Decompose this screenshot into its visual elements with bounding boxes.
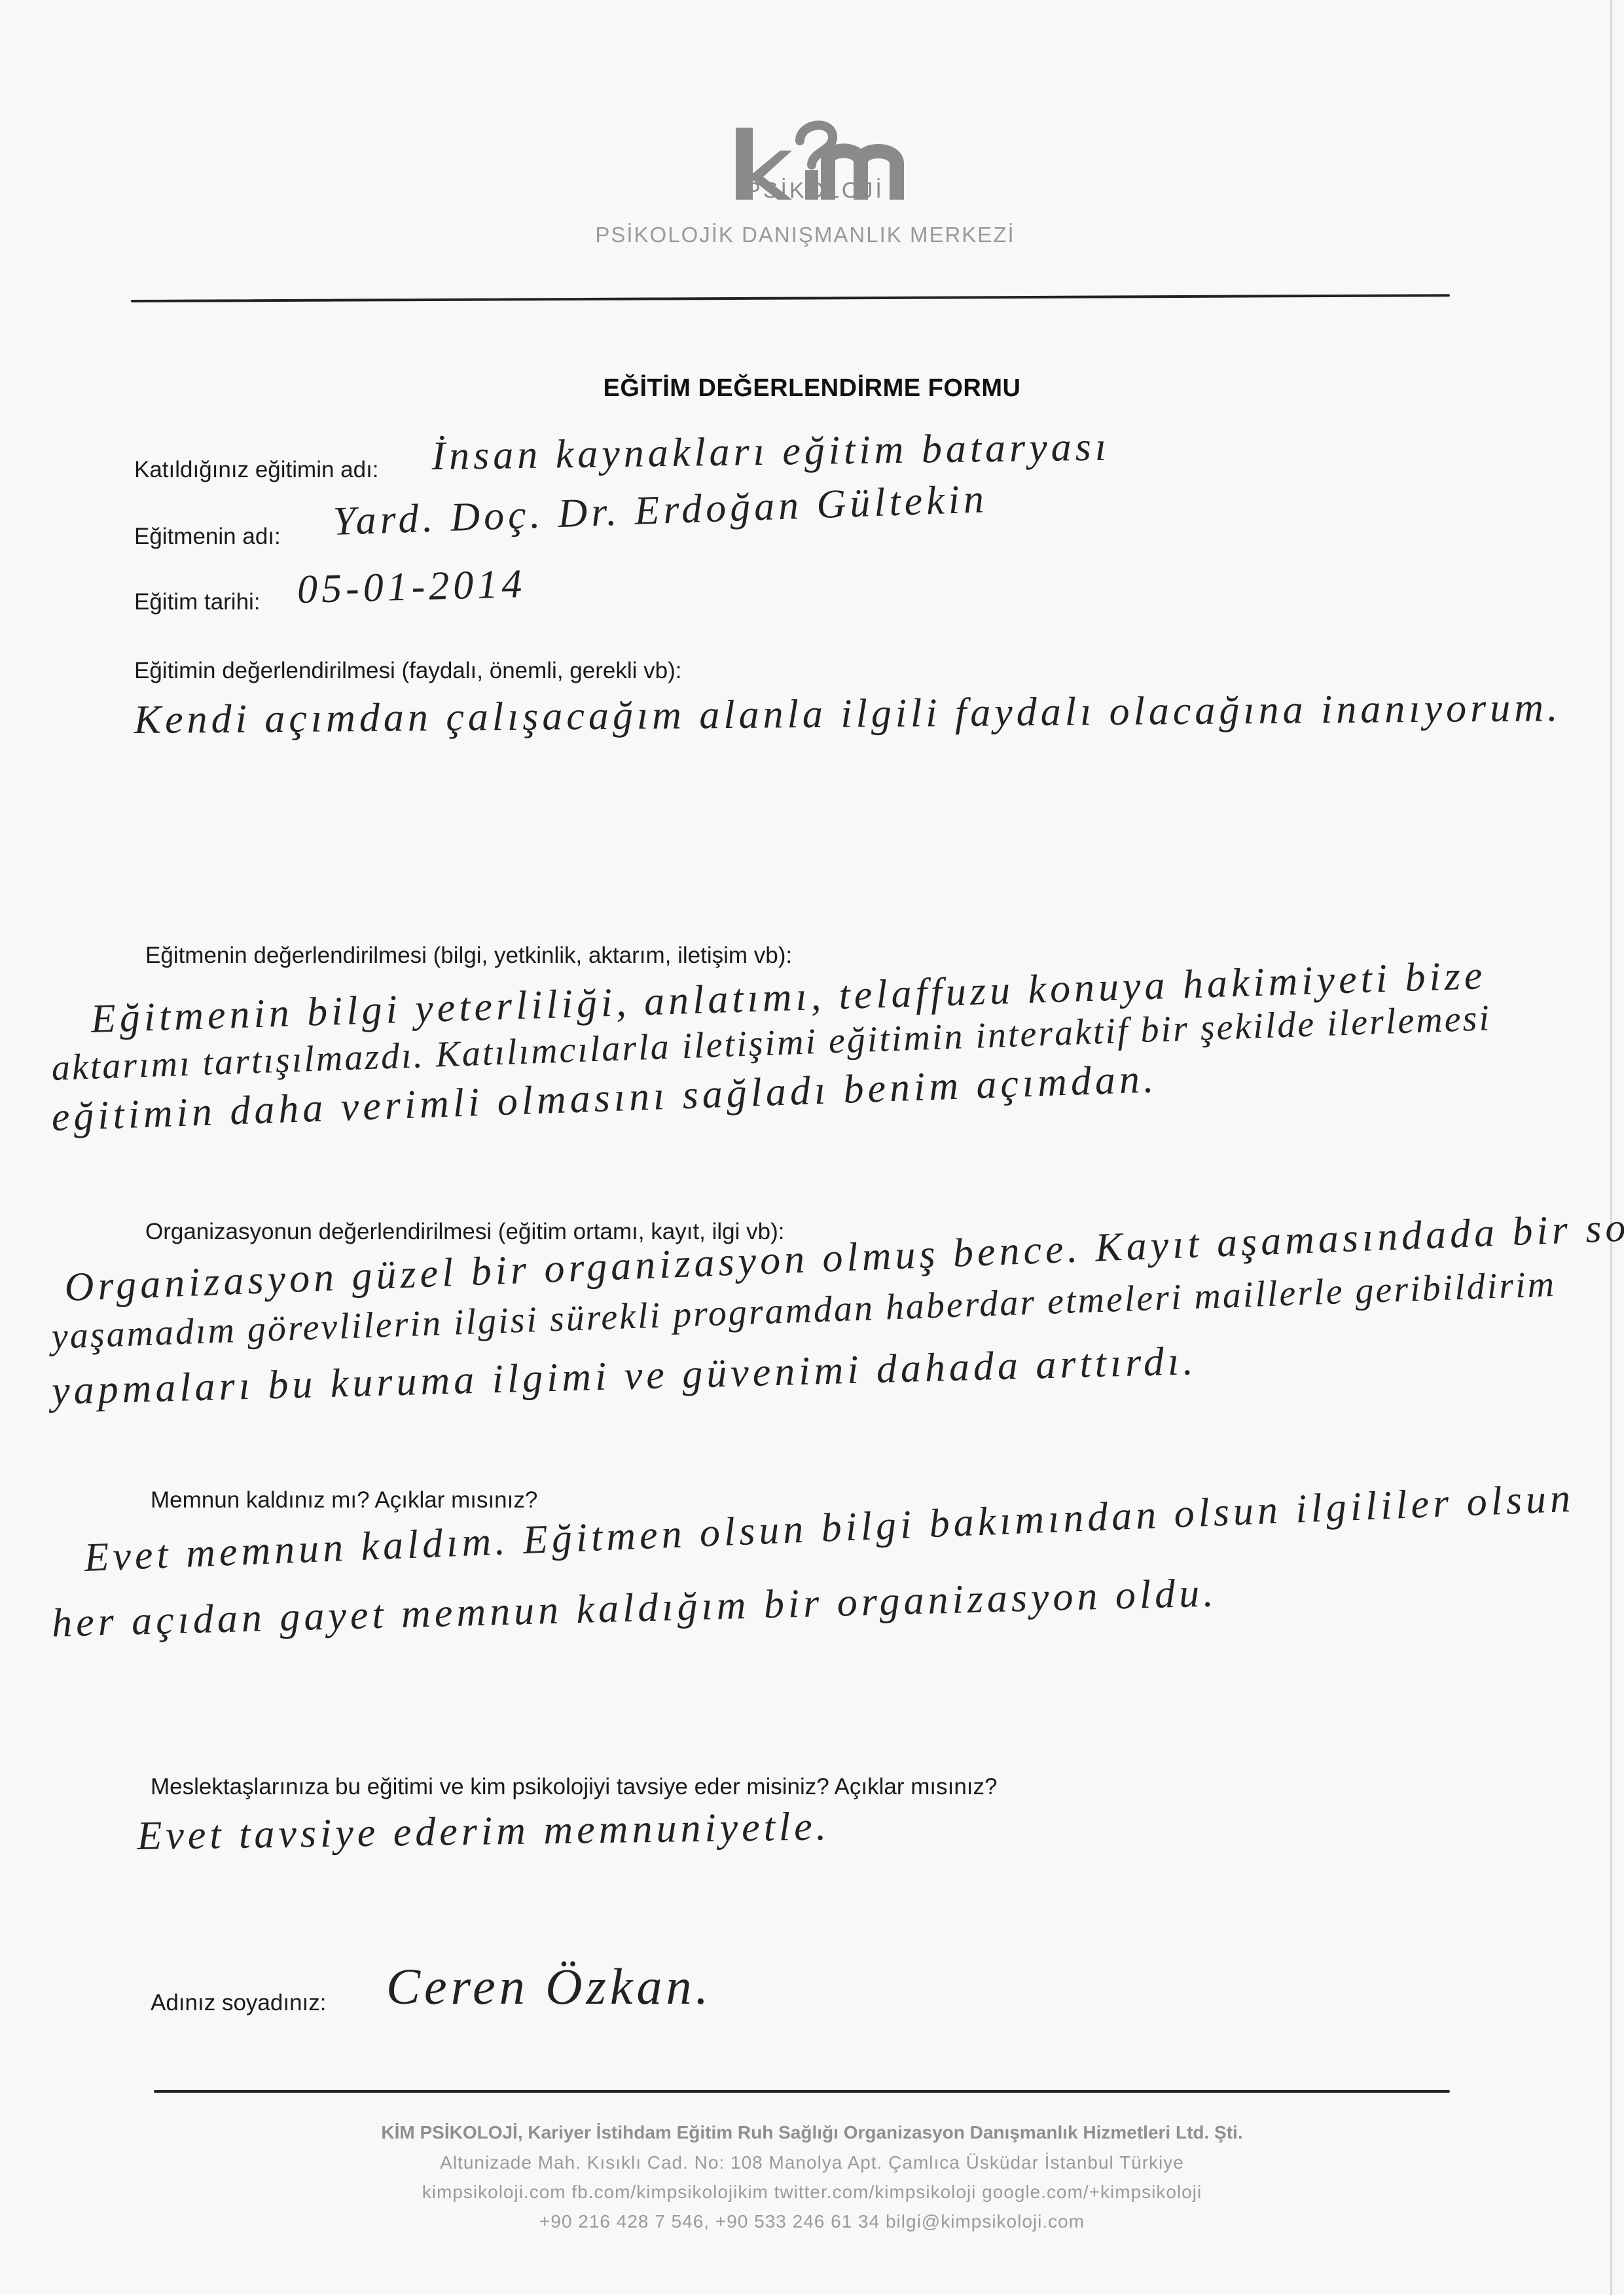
footer-company: KİM PSİKOLOJİ, Kariyer İstihdam Eğitim R… <box>0 2122 1624 2143</box>
training-name-label: Katıldığınız eğitimin adı: <box>134 457 379 483</box>
full-name-value[interactable]: Ceren Özkan. <box>386 1957 712 2016</box>
recommendation-line[interactable]: Evet tavsiye ederim memnuniyetle. <box>137 1803 831 1860</box>
trainer-name-value[interactable]: Yard. Doç. Dr. Erdoğan Gültekin <box>333 476 989 545</box>
satisfaction-line[interactable]: her açıdan gayet memnun kaldığım bir org… <box>51 1570 1218 1647</box>
trainer-name-label: Eğitmenin adı: <box>134 524 281 550</box>
satisfaction-label: Memnun kaldınız mı? Açıklar mısınız? <box>151 1487 537 1513</box>
footer-divider <box>154 2090 1450 2093</box>
training-date-label: Eğitim tarihi: <box>134 589 261 615</box>
full-name-label: Adınız soyadınız: <box>151 1990 326 2016</box>
form-title: EĞİTİM DEĞERLENDİRME FORMU <box>0 374 1624 403</box>
training-date-value[interactable]: 05-01-2014 <box>297 561 526 613</box>
page-edge <box>1610 0 1612 2295</box>
header-divider <box>131 294 1450 302</box>
trainer-evaluation-label: Eğitmenin değerlendirilmesi (bilgi, yetk… <box>145 943 792 969</box>
logo-tagline: PSİKOLOJİK DANIŞMANLIK MERKEZİ <box>543 223 1067 247</box>
footer-contact: +90 216 428 7 546, +90 533 246 61 34 bil… <box>0 2211 1624 2232</box>
footer-address: Altunizade Mah. Kısıklı Cad. No: 108 Man… <box>0 2152 1624 2173</box>
training-name-value[interactable]: İnsan kaynakları eğitim bataryası <box>431 424 1110 480</box>
training-evaluation-label: Eğitimin değerlendirilmesi (faydalı, öne… <box>134 658 681 684</box>
training-evaluation-line[interactable]: Kendi açımdan çalışacağım alanla ilgili … <box>134 685 1561 744</box>
logo-word: PSİKOLOJİ <box>707 178 923 204</box>
footer-links: kimpsikoloji.com fb.com/kimpsikolojikim … <box>0 2182 1624 2203</box>
recommendation-label: Meslektaşlarınıza bu eğitimi ve kim psik… <box>151 1774 998 1800</box>
